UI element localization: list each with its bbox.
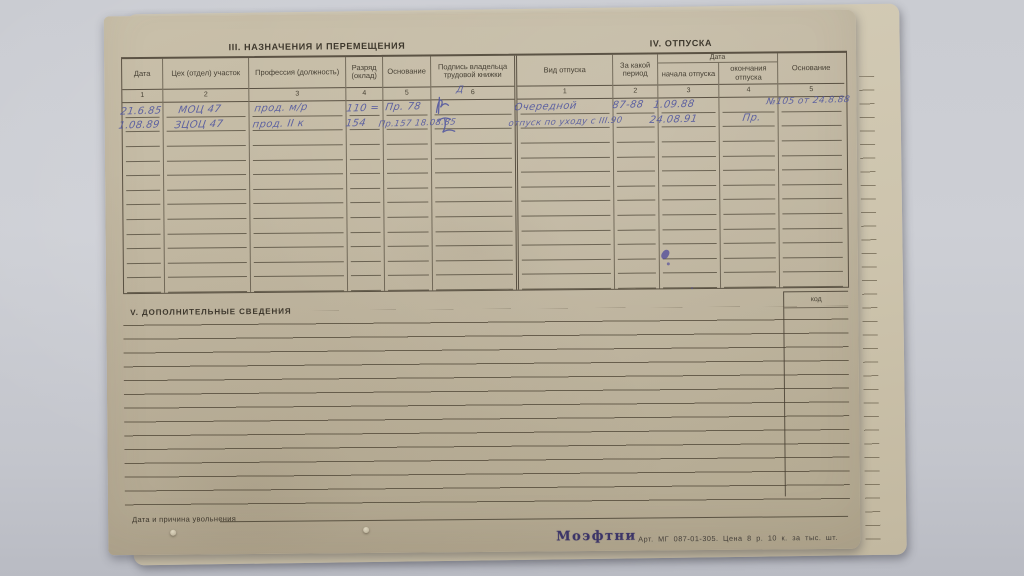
table-cell — [385, 276, 432, 291]
personnel-record-card: III. НАЗНАЧЕНИЯ И ПЕРЕМЕЩЕНИЯ IV. ОТПУСК… — [104, 10, 861, 556]
table-cell — [251, 247, 347, 262]
table-cell — [779, 185, 845, 200]
table-cell — [347, 145, 383, 160]
table-cell — [384, 217, 431, 232]
table-cell — [432, 144, 515, 159]
table-cell — [384, 159, 431, 174]
table-cell — [432, 202, 515, 217]
table-cell — [165, 277, 250, 292]
table-cell — [433, 261, 516, 276]
table-cell — [720, 156, 778, 171]
col-number: 6 — [431, 87, 514, 101]
table-cell — [518, 201, 613, 216]
col-number: 4 — [720, 85, 778, 99]
table-cell — [779, 170, 845, 185]
table-cell — [517, 99, 612, 114]
table-cell — [780, 228, 846, 243]
code-column: код — [783, 291, 850, 497]
table-cell — [433, 231, 516, 246]
table-cell — [383, 101, 430, 116]
table-cell — [164, 161, 249, 176]
table-cell — [659, 171, 720, 186]
table-cell — [614, 157, 658, 172]
table-cell — [615, 230, 659, 245]
table-cell — [518, 158, 613, 173]
col-grade: Разряд (оклад) 4 — [345, 57, 384, 291]
table-cell — [123, 191, 163, 206]
table-cell — [249, 101, 345, 116]
col-header: Профессия (должность) — [249, 57, 345, 89]
table-cell — [660, 230, 721, 245]
table-cell — [164, 131, 249, 146]
table-cell — [779, 214, 845, 229]
table-cell — [165, 234, 250, 249]
col-cells — [163, 102, 250, 292]
table-cell — [122, 103, 162, 118]
table-cell — [347, 130, 383, 145]
section3-title: III. НАЗНАЧЕНИЯ И ПЕРЕМЕЩЕНИЯ — [121, 40, 513, 53]
table-cell — [431, 100, 514, 115]
table-cell — [348, 247, 384, 262]
table-cell — [432, 158, 515, 173]
col-header: Вид отпуска — [517, 55, 612, 87]
table-cell — [123, 161, 163, 176]
col-header: Дата — [122, 59, 162, 91]
col-signature: Подпись владельца трудовой книжки 6 — [430, 56, 516, 291]
col-cells — [431, 100, 516, 290]
col-cells — [778, 97, 846, 287]
table-cell — [164, 190, 249, 205]
col-number: 1 — [517, 86, 612, 100]
col-number: 3 — [249, 89, 345, 103]
table-cell — [780, 272, 846, 287]
table-cell — [348, 232, 384, 247]
table-cell — [720, 141, 778, 156]
table-cell — [432, 129, 515, 144]
table-cell — [660, 259, 721, 274]
table-cell — [721, 273, 779, 288]
table-cell — [432, 115, 515, 130]
table-cell — [385, 261, 432, 276]
table-cell — [614, 113, 658, 128]
table-cell — [659, 113, 720, 128]
table-cell — [250, 218, 346, 233]
col-cells — [249, 101, 347, 292]
table-cell — [347, 160, 383, 175]
col-period: За какой период 2 — [612, 54, 659, 288]
col-number: 4 — [346, 88, 382, 101]
col-header: начала отпуска — [658, 63, 719, 86]
table-cell — [659, 157, 720, 172]
table-cell — [660, 273, 721, 288]
table-cell — [721, 244, 779, 259]
ruled-lines — [123, 306, 850, 512]
col-profession: Профессия (должность) 3 — [248, 57, 347, 292]
col-date: Дата 1 — [122, 59, 164, 293]
table-cell — [346, 101, 382, 116]
col-cells — [383, 101, 432, 291]
section4-title: IV. ОТПУСКА — [516, 37, 846, 50]
col-cells — [720, 98, 779, 288]
table-cell — [384, 174, 431, 189]
table-cell — [123, 147, 163, 162]
table-cell — [432, 217, 515, 232]
table-cell — [779, 112, 845, 127]
table-cell — [251, 233, 347, 248]
col-number: 3 — [658, 85, 719, 99]
col-basis-right: Основание 5 — [777, 53, 846, 288]
punch-hole — [170, 530, 176, 536]
table-cell — [347, 218, 383, 233]
table-cell — [614, 172, 658, 187]
punch-hole — [363, 527, 369, 533]
col-basis-left: Основание 5 — [382, 56, 432, 290]
photo-background: III. НАЗНАЧЕНИЯ И ПЕРЕМЕЩЕНИЯ IV. ОТПУСК… — [0, 0, 1024, 576]
table-cell — [123, 220, 163, 235]
col-header: За какой период — [613, 54, 657, 86]
table-cell — [519, 274, 614, 289]
table-cell — [250, 160, 346, 175]
table-cell — [250, 204, 346, 219]
table-cell — [778, 97, 844, 112]
table-cell — [251, 277, 347, 292]
table-cell — [164, 175, 249, 190]
table-cell — [250, 145, 346, 160]
table-cell — [164, 204, 249, 219]
col-header: Подпись владельца трудовой книжки — [431, 56, 514, 88]
table-cell — [432, 173, 515, 188]
ruled-line-ends — [859, 76, 880, 541]
table-cell — [385, 247, 432, 262]
table-cell — [779, 199, 845, 214]
table-cell — [124, 249, 164, 264]
table-cell — [615, 274, 659, 289]
table-cell — [721, 185, 779, 200]
table-cell — [720, 127, 778, 142]
table-cell — [518, 172, 613, 187]
table-cell — [721, 229, 779, 244]
col-number: 1 — [122, 90, 162, 103]
table-cell — [721, 171, 779, 186]
table-cell — [348, 276, 384, 291]
col-vacation-start: начала отпуска 3 — [658, 63, 720, 288]
factory-stamp: Моэфтни — [556, 529, 637, 545]
col-number: 2 — [163, 90, 248, 104]
code-column-header: код — [784, 292, 848, 309]
table-cell — [721, 214, 779, 229]
col-header: Основание — [778, 53, 844, 85]
col-cells — [658, 98, 720, 288]
table-cell — [384, 203, 431, 218]
table-cell — [614, 128, 658, 143]
appointments-table: Дата 1 Цех (отдел) участок 2 Профессия (… — [122, 56, 516, 293]
table-cell — [519, 245, 614, 260]
table-cell — [659, 200, 720, 215]
date-subcolumns: начала отпуска 3 окончания отпуска 4 — [658, 63, 779, 289]
appointments-vacations-table: Дата 1 Цех (отдел) участок 2 Профессия (… — [121, 51, 849, 294]
table-cell — [384, 115, 431, 130]
col-header: окончания отпуска — [720, 63, 778, 86]
table-cell — [348, 262, 384, 277]
table-cell — [347, 116, 383, 131]
table-cell — [659, 127, 720, 142]
col-number: 5 — [778, 84, 844, 97]
table-cell — [164, 117, 249, 132]
table-cell — [779, 126, 845, 141]
col-header: Основание — [383, 56, 430, 88]
col-dept: Цех (отдел) участок 2 — [162, 58, 250, 293]
table-cell — [720, 98, 778, 113]
table-cell — [250, 116, 346, 131]
table-cell — [347, 203, 383, 218]
table-cell — [432, 188, 515, 203]
table-cell — [659, 215, 720, 230]
table-cell — [659, 142, 720, 157]
table-cell — [250, 174, 346, 189]
table-cell — [165, 248, 250, 263]
table-cell — [659, 186, 720, 201]
col-cells — [517, 99, 614, 290]
table-cell — [164, 146, 249, 161]
table-cell — [721, 258, 779, 273]
col-number: 5 — [383, 88, 430, 101]
table-cell — [779, 141, 845, 156]
table-cell — [780, 258, 846, 273]
table-cell — [720, 112, 778, 127]
print-imprint: Арт. МГ 087-01-305. Цена 8 р. 10 к. за т… — [638, 533, 838, 544]
table-cell — [124, 234, 164, 249]
col-number: 2 — [613, 86, 657, 99]
table-cell — [658, 98, 719, 113]
table-cell — [250, 131, 346, 146]
table-cell — [518, 114, 613, 129]
table-cell — [518, 216, 613, 231]
table-cell — [614, 186, 658, 201]
table-cell — [615, 259, 659, 274]
table-cell — [163, 102, 248, 117]
col-header: Разряд (оклад) — [346, 57, 382, 89]
table-cell — [123, 118, 163, 133]
table-cell — [385, 232, 432, 247]
table-cell — [165, 263, 250, 278]
table-cell — [660, 244, 721, 259]
table-cell — [123, 205, 163, 220]
col-header: Цех (отдел) участок — [163, 58, 248, 90]
table-cell — [164, 219, 249, 234]
table-cell — [433, 275, 516, 290]
table-cell — [433, 246, 516, 261]
table-cell — [613, 99, 657, 114]
table-cell — [519, 260, 614, 275]
date-group: Дата начала отпуска 3 окончания отпуска … — [657, 53, 779, 288]
vacations-table: Вид отпуска 1 За какой период 2 Дата нач… — [517, 53, 846, 290]
table-cell — [124, 278, 164, 293]
table-cell — [779, 155, 845, 170]
col-cells — [122, 103, 164, 293]
table-cell — [347, 189, 383, 204]
table-cell — [519, 230, 614, 245]
table-cell — [384, 145, 431, 160]
table-cell — [614, 215, 658, 230]
table-cell — [251, 262, 347, 277]
table-cell — [123, 132, 163, 147]
table-cell — [615, 245, 659, 260]
table-cell — [780, 243, 846, 258]
table-cell — [384, 130, 431, 145]
col-cells — [346, 101, 384, 291]
table-cell — [518, 128, 613, 143]
table-cell — [384, 188, 431, 203]
table-cell — [721, 200, 779, 215]
table-cell — [518, 143, 613, 158]
table-cell — [518, 187, 613, 202]
table-cell — [123, 176, 163, 191]
table-cell — [250, 189, 346, 204]
table-cell — [347, 174, 383, 189]
table-cell — [614, 143, 658, 158]
table-cell — [614, 201, 658, 216]
col-vacation-type: Вид отпуска 1 — [517, 55, 614, 290]
col-vacation-end: окончания отпуска 4 — [719, 63, 779, 288]
table-cell — [124, 264, 164, 279]
col-cells — [613, 99, 659, 289]
